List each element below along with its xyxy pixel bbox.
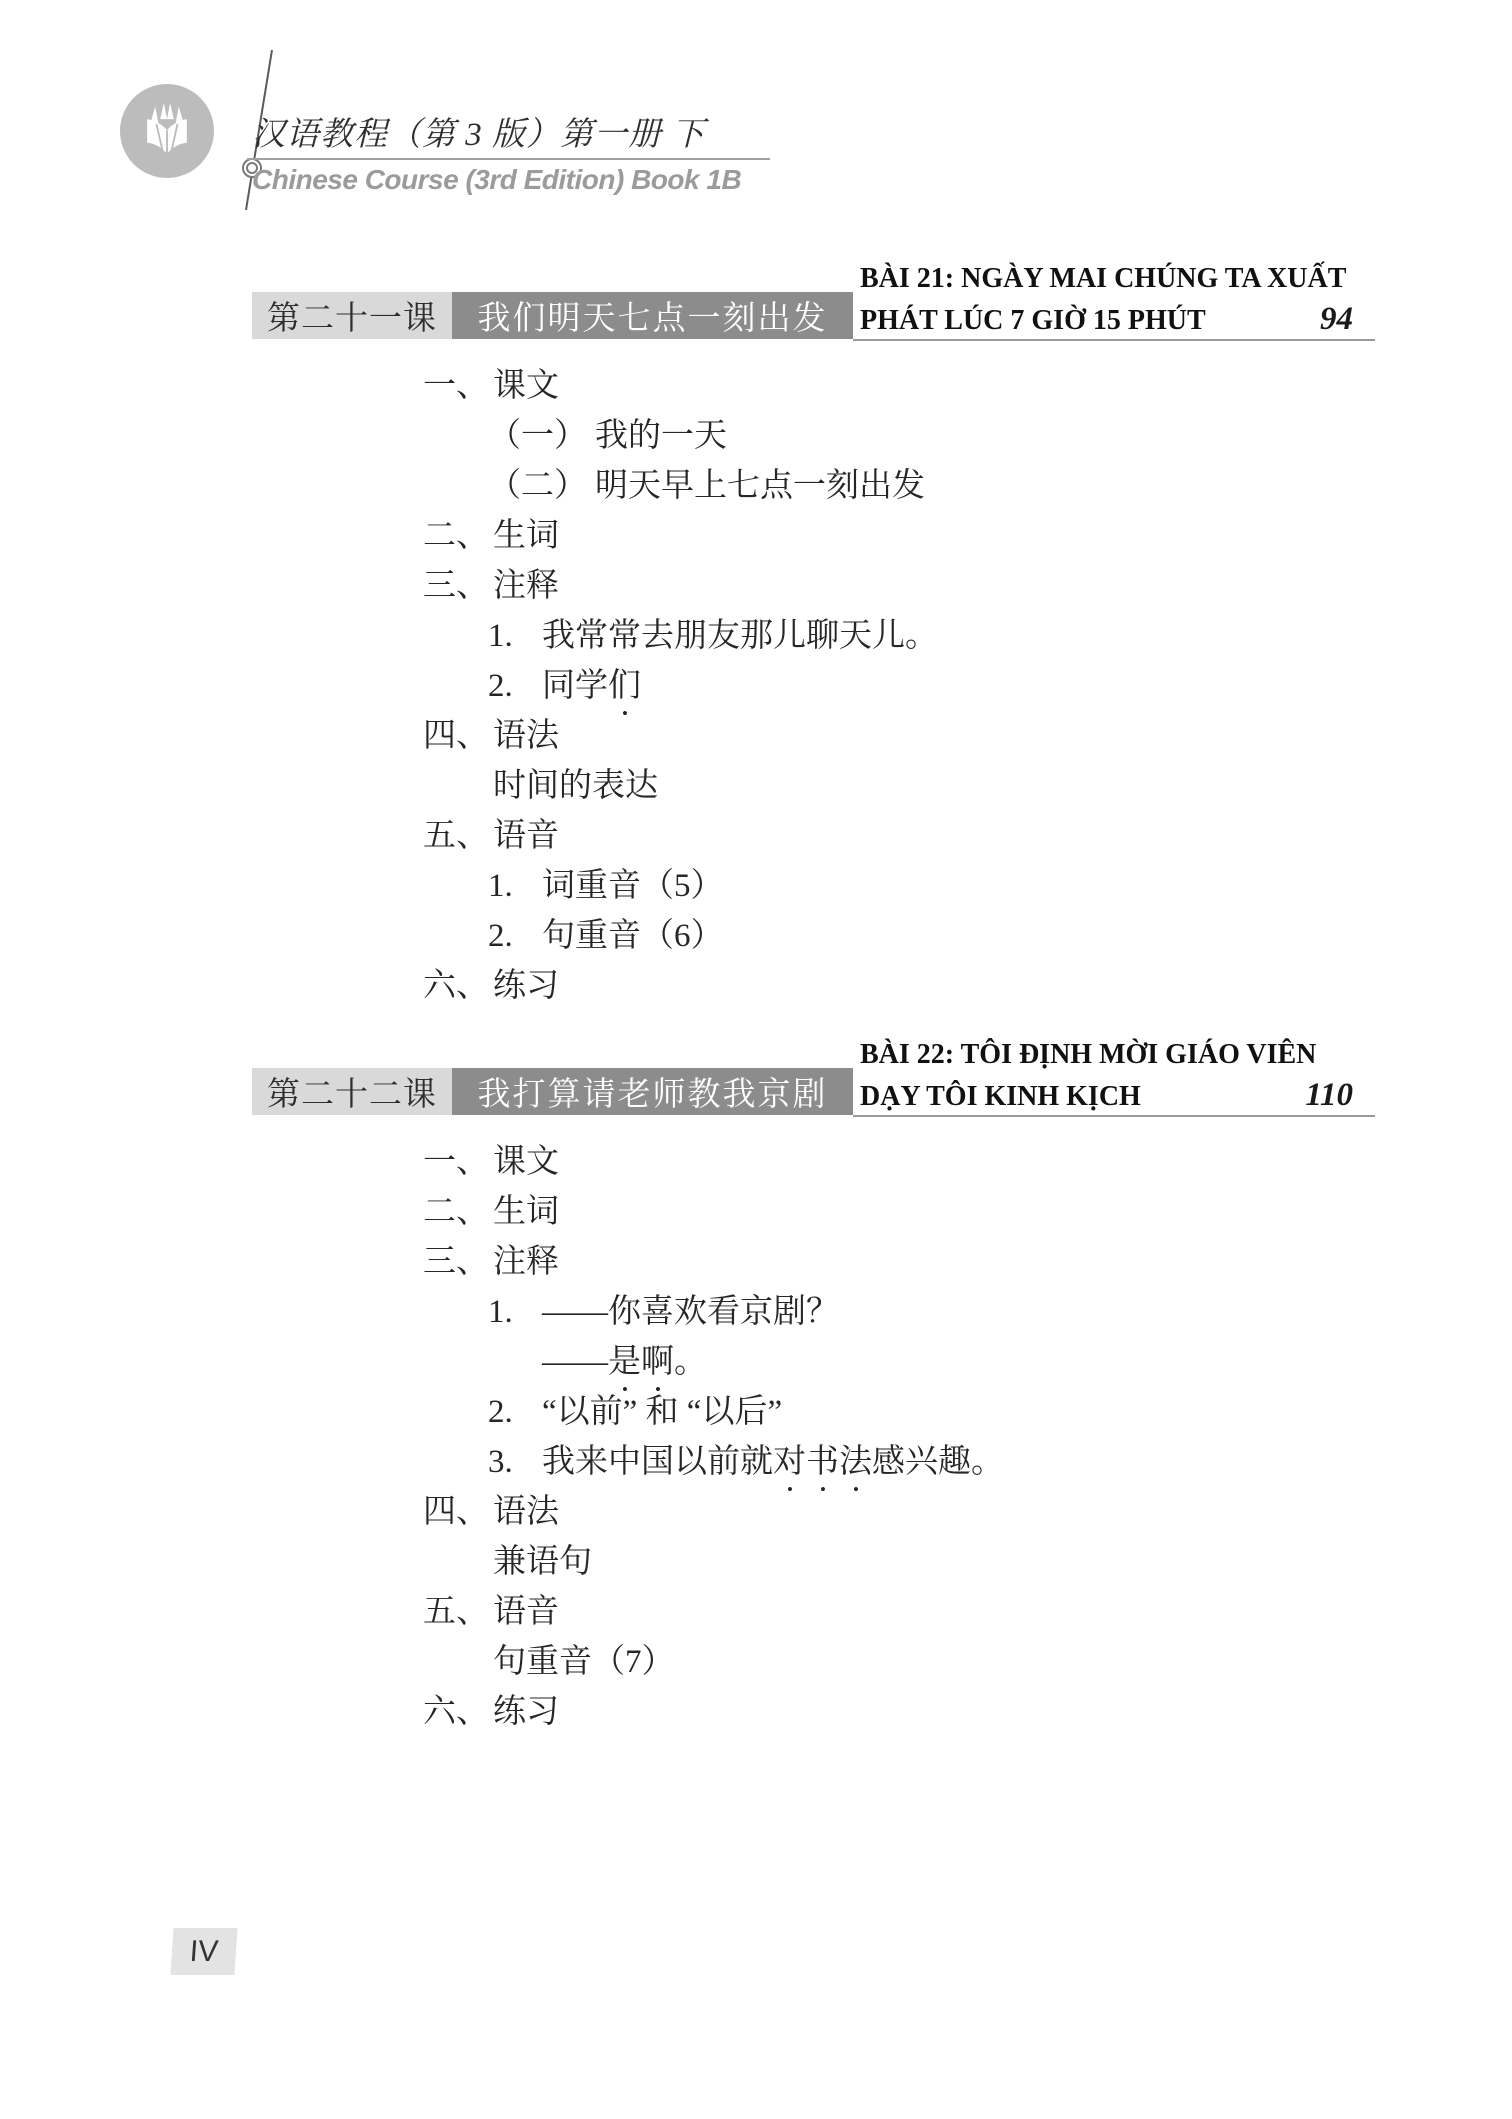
toc-item: 二、生词 bbox=[252, 1187, 1375, 1237]
toc-item-text: 我常常去朋友那儿聊天儿。 bbox=[542, 618, 938, 654]
toc-list: 一、课文（一）我的一天（二）明天早上七点一刻出发二、生词三、注释1.我常常去朋友… bbox=[252, 361, 1375, 1011]
title-bar-underline bbox=[853, 339, 1375, 341]
toc-item: 一、课文 bbox=[252, 361, 1375, 411]
toc-item-text: 语音 bbox=[493, 1594, 559, 1630]
toc-item-text: 句重音（7） bbox=[493, 1644, 675, 1680]
toc-item-text: 词重音（5） bbox=[542, 868, 724, 904]
toc-item: 1.——你喜欢看京剧？ bbox=[252, 1287, 1375, 1337]
toc-item-text: 同学们 bbox=[542, 668, 641, 704]
viet-line-1: BÀI 22: TÔI ĐỊNH MỜI GIÁO VIÊN bbox=[860, 1034, 1375, 1075]
toc-item-label: 1. bbox=[488, 861, 542, 911]
lesson-title-badge: 我们明天七点一刻出发 bbox=[452, 292, 853, 339]
lesson-number-badge: 第二十一课 bbox=[252, 292, 452, 339]
document-page: 汉语教程（第 3 版）第一册 下 Chinese Course (3rd Edi… bbox=[0, 0, 1512, 2119]
toc-item: （二）明天早上七点一刻出发 bbox=[252, 461, 1375, 511]
lesson-title-vietnamese: BÀI 22: TÔI ĐỊNH MỜI GIÁO VIÊN DẠY TÔI K… bbox=[860, 1034, 1375, 1117]
toc-item-text: 语法 bbox=[493, 718, 559, 754]
toc-item-label: 二、 bbox=[423, 1187, 493, 1237]
lesson-title-badge: 我打算请老师教我京剧 bbox=[452, 1068, 853, 1115]
lesson-title-vietnamese: BÀI 21: NGÀY MAI CHÚNG TA XUẤT PHÁT LÚC … bbox=[860, 258, 1375, 341]
toc-item: 一、课文 bbox=[252, 1137, 1375, 1187]
toc-item-text: ——是啊。 bbox=[542, 1344, 707, 1380]
toc-item-text: 时间的表达 bbox=[493, 768, 658, 804]
toc-item-label: 3. bbox=[488, 1437, 542, 1487]
lesson-page-number: 110 bbox=[1305, 1075, 1353, 1116]
toc-item-text: 生词 bbox=[493, 1194, 559, 1230]
toc-item-label: 2. bbox=[488, 1387, 542, 1437]
toc-item-label: 2. bbox=[488, 911, 542, 961]
open-book-icon bbox=[136, 98, 198, 165]
toc-item: 1.我常常去朋友那儿聊天儿。 bbox=[252, 611, 1375, 661]
toc-item-label: 三、 bbox=[423, 561, 493, 611]
toc-item-text: ——你喜欢看京剧？ bbox=[542, 1294, 839, 1330]
toc-item: 2.同学们 bbox=[252, 661, 1375, 711]
toc-item-text: 语法 bbox=[493, 1494, 559, 1530]
toc-item-text: “以前” 和 “以后” bbox=[542, 1394, 782, 1430]
toc-item-text: 生词 bbox=[493, 518, 559, 554]
toc-item-text: 语音 bbox=[493, 818, 559, 854]
toc-item-label: （一） bbox=[488, 418, 587, 454]
toc-item: 句重音（7） bbox=[252, 1637, 1375, 1687]
toc-item: 3.我来中国以前就对书法感兴趣。 bbox=[252, 1437, 1375, 1487]
toc-item-label: 四、 bbox=[423, 1487, 493, 1537]
toc-item-text: 我来中国以前就对书法感兴趣。 bbox=[542, 1444, 1004, 1480]
toc-item-label: 六、 bbox=[423, 961, 493, 1011]
toc-item-label: 五、 bbox=[423, 811, 493, 861]
toc-item-label: 1. bbox=[488, 1287, 542, 1337]
viet-line-1: BÀI 21: NGÀY MAI CHÚNG TA XUẤT bbox=[860, 258, 1375, 299]
toc-item-label: 四、 bbox=[423, 711, 493, 761]
toc-item-label: 二、 bbox=[423, 511, 493, 561]
publisher-logo bbox=[120, 84, 214, 178]
toc-list: 一、课文二、生词三、注释1.——你喜欢看京剧？——是啊。2.“以前” 和 “以后… bbox=[252, 1137, 1375, 1737]
toc-item-text: 课文 bbox=[493, 368, 559, 404]
lesson-number-badge: 第二十二课 bbox=[252, 1068, 452, 1115]
toc-item-text: 兼语句 bbox=[493, 1544, 592, 1580]
toc-item: 三、注释 bbox=[252, 1237, 1375, 1287]
toc-item-label: 六、 bbox=[423, 1687, 493, 1737]
toc-item: 2.“以前” 和 “以后” bbox=[252, 1387, 1375, 1437]
toc-item: 三、注释 bbox=[252, 561, 1375, 611]
toc-item-text: 课文 bbox=[493, 1144, 559, 1180]
viet-line-2: DẠY TÔI KINH KỊCH bbox=[860, 1076, 1141, 1117]
toc-item: 五、语音 bbox=[252, 1587, 1375, 1637]
toc-item: 四、语法 bbox=[252, 711, 1375, 761]
toc-item: 六、练习 bbox=[252, 1687, 1375, 1737]
toc-item: ——是啊。 bbox=[252, 1337, 1375, 1387]
toc-item-text: 练习 bbox=[493, 968, 559, 1004]
toc-item-text: 句重音（6） bbox=[542, 918, 724, 954]
toc-item-text: 练习 bbox=[493, 1694, 559, 1730]
toc-item: （一）我的一天 bbox=[252, 411, 1375, 461]
viet-line-2: PHÁT LÚC 7 GIỜ 15 PHÚT bbox=[860, 300, 1206, 341]
toc-item: 二、生词 bbox=[252, 511, 1375, 561]
toc-item-text: 明天早上七点一刻出发 bbox=[595, 468, 925, 504]
toc-item-label: （二） bbox=[488, 468, 587, 504]
toc-item-label: 五、 bbox=[423, 1587, 493, 1637]
header-rule bbox=[247, 158, 770, 160]
toc-item: 1.词重音（5） bbox=[252, 861, 1375, 911]
book-title-chinese: 汉语教程（第 3 版）第一册 下 bbox=[252, 108, 705, 155]
lesson-page-number: 94 bbox=[1320, 299, 1353, 340]
toc-item: 兼语句 bbox=[252, 1537, 1375, 1587]
toc-item-text: 注释 bbox=[493, 1244, 559, 1280]
toc-item: 时间的表达 bbox=[252, 761, 1375, 811]
toc-item-text: 我的一天 bbox=[595, 418, 727, 454]
book-title-english: Chinese Course (3rd Edition) Book 1B bbox=[252, 164, 741, 196]
toc-item: 五、语音 bbox=[252, 811, 1375, 861]
toc-item-label: 一、 bbox=[423, 1137, 493, 1187]
toc-item-label: 2. bbox=[488, 661, 542, 711]
toc-item-text: 注释 bbox=[493, 568, 559, 604]
toc-item-label: 三、 bbox=[423, 1237, 493, 1287]
page-folio: IV bbox=[170, 1928, 237, 1975]
title-bar-underline bbox=[853, 1115, 1375, 1117]
toc-item-label: 1. bbox=[488, 611, 542, 661]
toc-item: 六、练习 bbox=[252, 961, 1375, 1011]
toc-item: 2.句重音（6） bbox=[252, 911, 1375, 961]
toc-item-label: 一、 bbox=[423, 361, 493, 411]
toc-item: 四、语法 bbox=[252, 1487, 1375, 1537]
